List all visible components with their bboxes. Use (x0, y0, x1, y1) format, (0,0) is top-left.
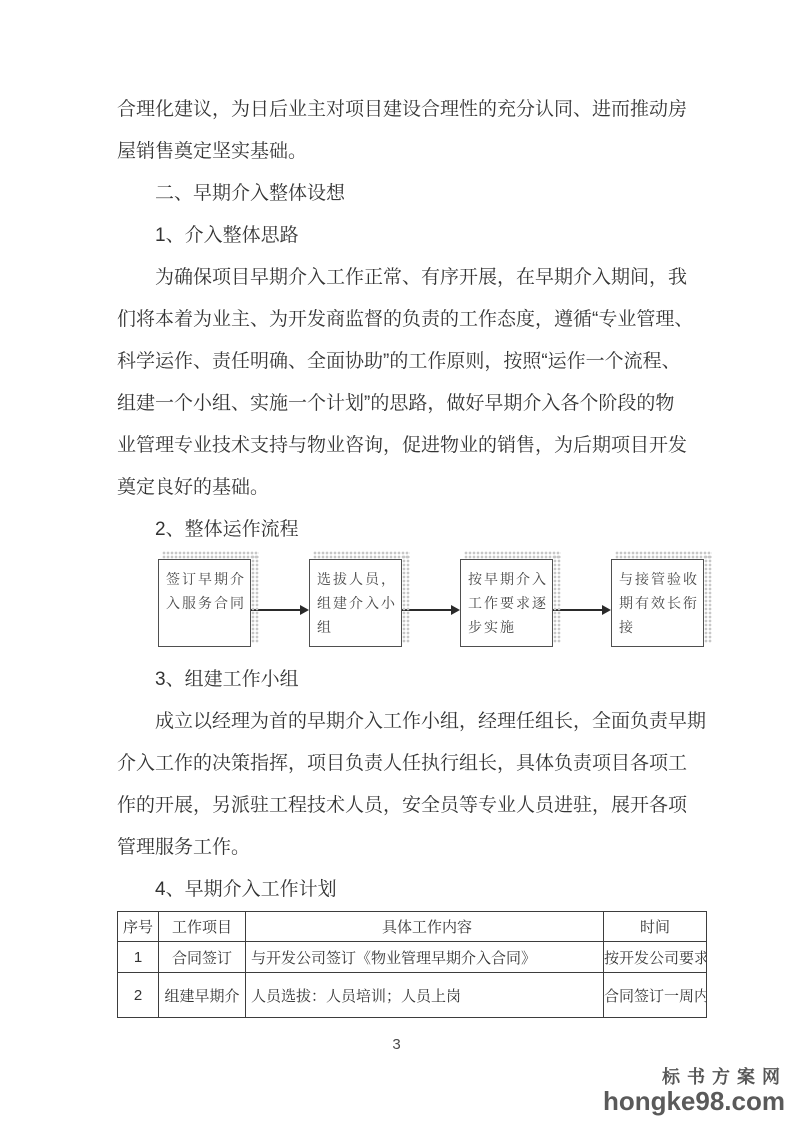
flow-step-implement: 按早期介入工作要求逐步实施 (460, 559, 553, 647)
table-header-cell: 时间 (604, 912, 707, 942)
watermark-site-name: 标书方案网 (603, 1068, 787, 1086)
paragraph-line: 组建一个小组、实施一个计划”的思路，做好早期介入各个阶段的物 (117, 383, 685, 425)
document-content: 合理化建议，为日后业主对项目建设合理性的充分认同、进而推动房 屋销售奠定坚实基础… (117, 89, 685, 1018)
section-heading: 二、早期介入整体设想 (117, 173, 685, 215)
paragraph-line: 为确保项目早期介入工作正常、有序开展，在早期介入期间，我 (117, 257, 685, 299)
site-watermark: 标书方案网 hongke98.com (603, 1068, 785, 1114)
page-number: 3 (0, 1036, 793, 1053)
arrow-right-icon (251, 605, 309, 615)
paragraph-line: 奠定良好的基础。 (117, 467, 685, 509)
table-cell: 人员选拔：人员培训；人员上岗 (246, 973, 604, 1018)
table-header-cell: 序号 (118, 912, 159, 942)
paragraph-line: 成立以经理为首的早期介入工作小组，经理任组长，全面负责早期 (117, 701, 685, 743)
table-header-row: 序号 工作项目 具体工作内容 时间 (118, 912, 707, 942)
flow-step-handover: 与接管验收期有效长衔接 (611, 559, 704, 647)
flow-step-build-team: 选拔人员，组建介入小组 (309, 559, 402, 647)
subsection-heading: 2、整体运作流程 (117, 509, 685, 551)
table-cell: 与开发公司签订《物业管理早期介入合同》 (246, 942, 604, 973)
process-flowchart: 签订早期介入服务合同 选拔人员，组建介入小组 按早期介入工作要求逐步实施 与接管… (158, 551, 704, 659)
document-page: 合理化建议，为日后业主对项目建设合理性的充分认同、进而推动房 屋销售奠定坚实基础… (0, 0, 793, 1122)
paragraph-line: 作的开展，另派驻工程技术人员，安全员等专业人员进驻，展开各项 (117, 785, 685, 827)
paragraph-line: 管理服务工作。 (117, 827, 685, 869)
table-cell: 合同签订 (159, 942, 246, 973)
subsection-heading: 4、早期介入工作计划 (117, 869, 685, 911)
subsection-heading: 3、组建工作小组 (117, 659, 685, 701)
paragraph-line: 科学运作、责任明确、全面协助”的工作原则，按照“运作一个流程、 (117, 341, 685, 383)
table-row: 1 合同签订 与开发公司签订《物业管理早期介入合同》 按开发公司要求 (118, 942, 707, 973)
table-cell: 1 (118, 942, 159, 973)
watermark-site-url: hongke98.com (603, 1088, 785, 1114)
paragraph-line: 合理化建议，为日后业主对项目建设合理性的充分认同、进而推动房 (117, 89, 685, 131)
table-header-cell: 具体工作内容 (246, 912, 604, 942)
paragraph-line: 业管理专业技术支持与物业咨询，促进物业的销售，为后期项目开发 (117, 425, 685, 467)
table-cell: 按开发公司要求 (604, 942, 707, 973)
table-cell: 组建早期介 (159, 973, 246, 1018)
paragraph-line: 屋销售奠定坚实基础。 (117, 131, 685, 173)
flow-step-sign-contract: 签订早期介入服务合同 (158, 559, 251, 647)
work-plan-table: 序号 工作项目 具体工作内容 时间 1 合同签订 与开发公司签订《物业管理早期介… (117, 911, 707, 1018)
table-cell: 2 (118, 973, 159, 1018)
subsection-heading: 1、介入整体思路 (117, 215, 685, 257)
table-cell: 合同签订一周内 (604, 973, 707, 1018)
table-row: 2 组建早期介 人员选拔：人员培训；人员上岗 合同签订一周内 (118, 973, 707, 1018)
table-header-cell: 工作项目 (159, 912, 246, 942)
paragraph-line: 介入工作的决策指挥，项目负责人任执行组长，具体负责项目各项工 (117, 743, 685, 785)
arrow-right-icon (402, 605, 460, 615)
arrow-right-icon (553, 605, 611, 615)
paragraph-line: 们将本着为业主、为开发商监督的负责的工作态度，遵循“专业管理、 (117, 299, 685, 341)
